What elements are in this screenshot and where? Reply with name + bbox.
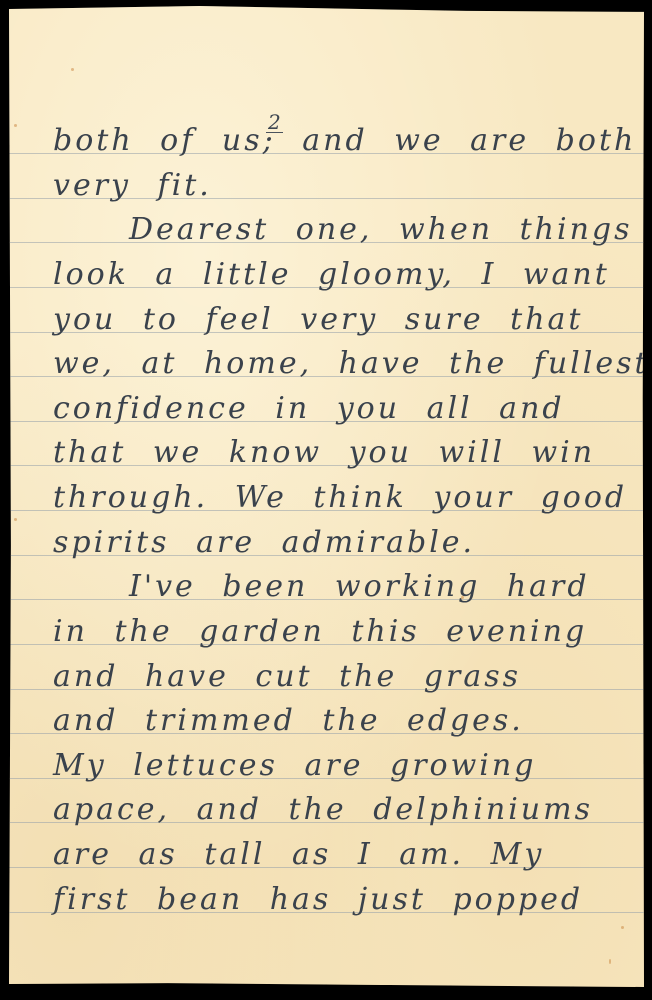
text-line: spirits are admirable.: [53, 528, 622, 558]
paper-speck: [609, 959, 611, 964]
text-line: Dearest one, when things: [129, 215, 622, 245]
text-line: through. We think your good: [53, 483, 622, 513]
text-line: confidence in you all and: [53, 394, 622, 424]
text-line: My lettuces are growing: [53, 751, 622, 781]
text-line: and trimmed the edges.: [53, 706, 622, 736]
paper-speck: [71, 68, 74, 71]
text-line: are as tall as I am. My: [53, 840, 622, 870]
text-line: look a little gloomy, I want: [53, 260, 622, 290]
paper-speck: [461, 596, 464, 599]
text-line: and have cut the grass: [53, 662, 622, 692]
text-line: apace, and the delphiniums: [53, 795, 622, 825]
text-line: you to feel very sure that: [53, 305, 622, 335]
scan-background: 2 both of us; and we are both very fit. …: [0, 0, 652, 1000]
text-line: I've been working hard: [129, 572, 622, 602]
text-line: we, at home, have the fullest: [53, 349, 622, 379]
text-line: both of us; and we are both: [53, 126, 622, 156]
paper-speck: [14, 124, 17, 127]
text-line: first bean has just popped: [53, 885, 622, 915]
letter-page: 2 both of us; and we are both very fit. …: [9, 6, 644, 987]
text-line: in the garden this evening: [53, 617, 622, 647]
paper-speck: [14, 518, 17, 521]
text-line: very fit.: [53, 171, 622, 201]
text-line: that we know you will win: [53, 438, 622, 468]
paper-speck: [621, 926, 624, 929]
